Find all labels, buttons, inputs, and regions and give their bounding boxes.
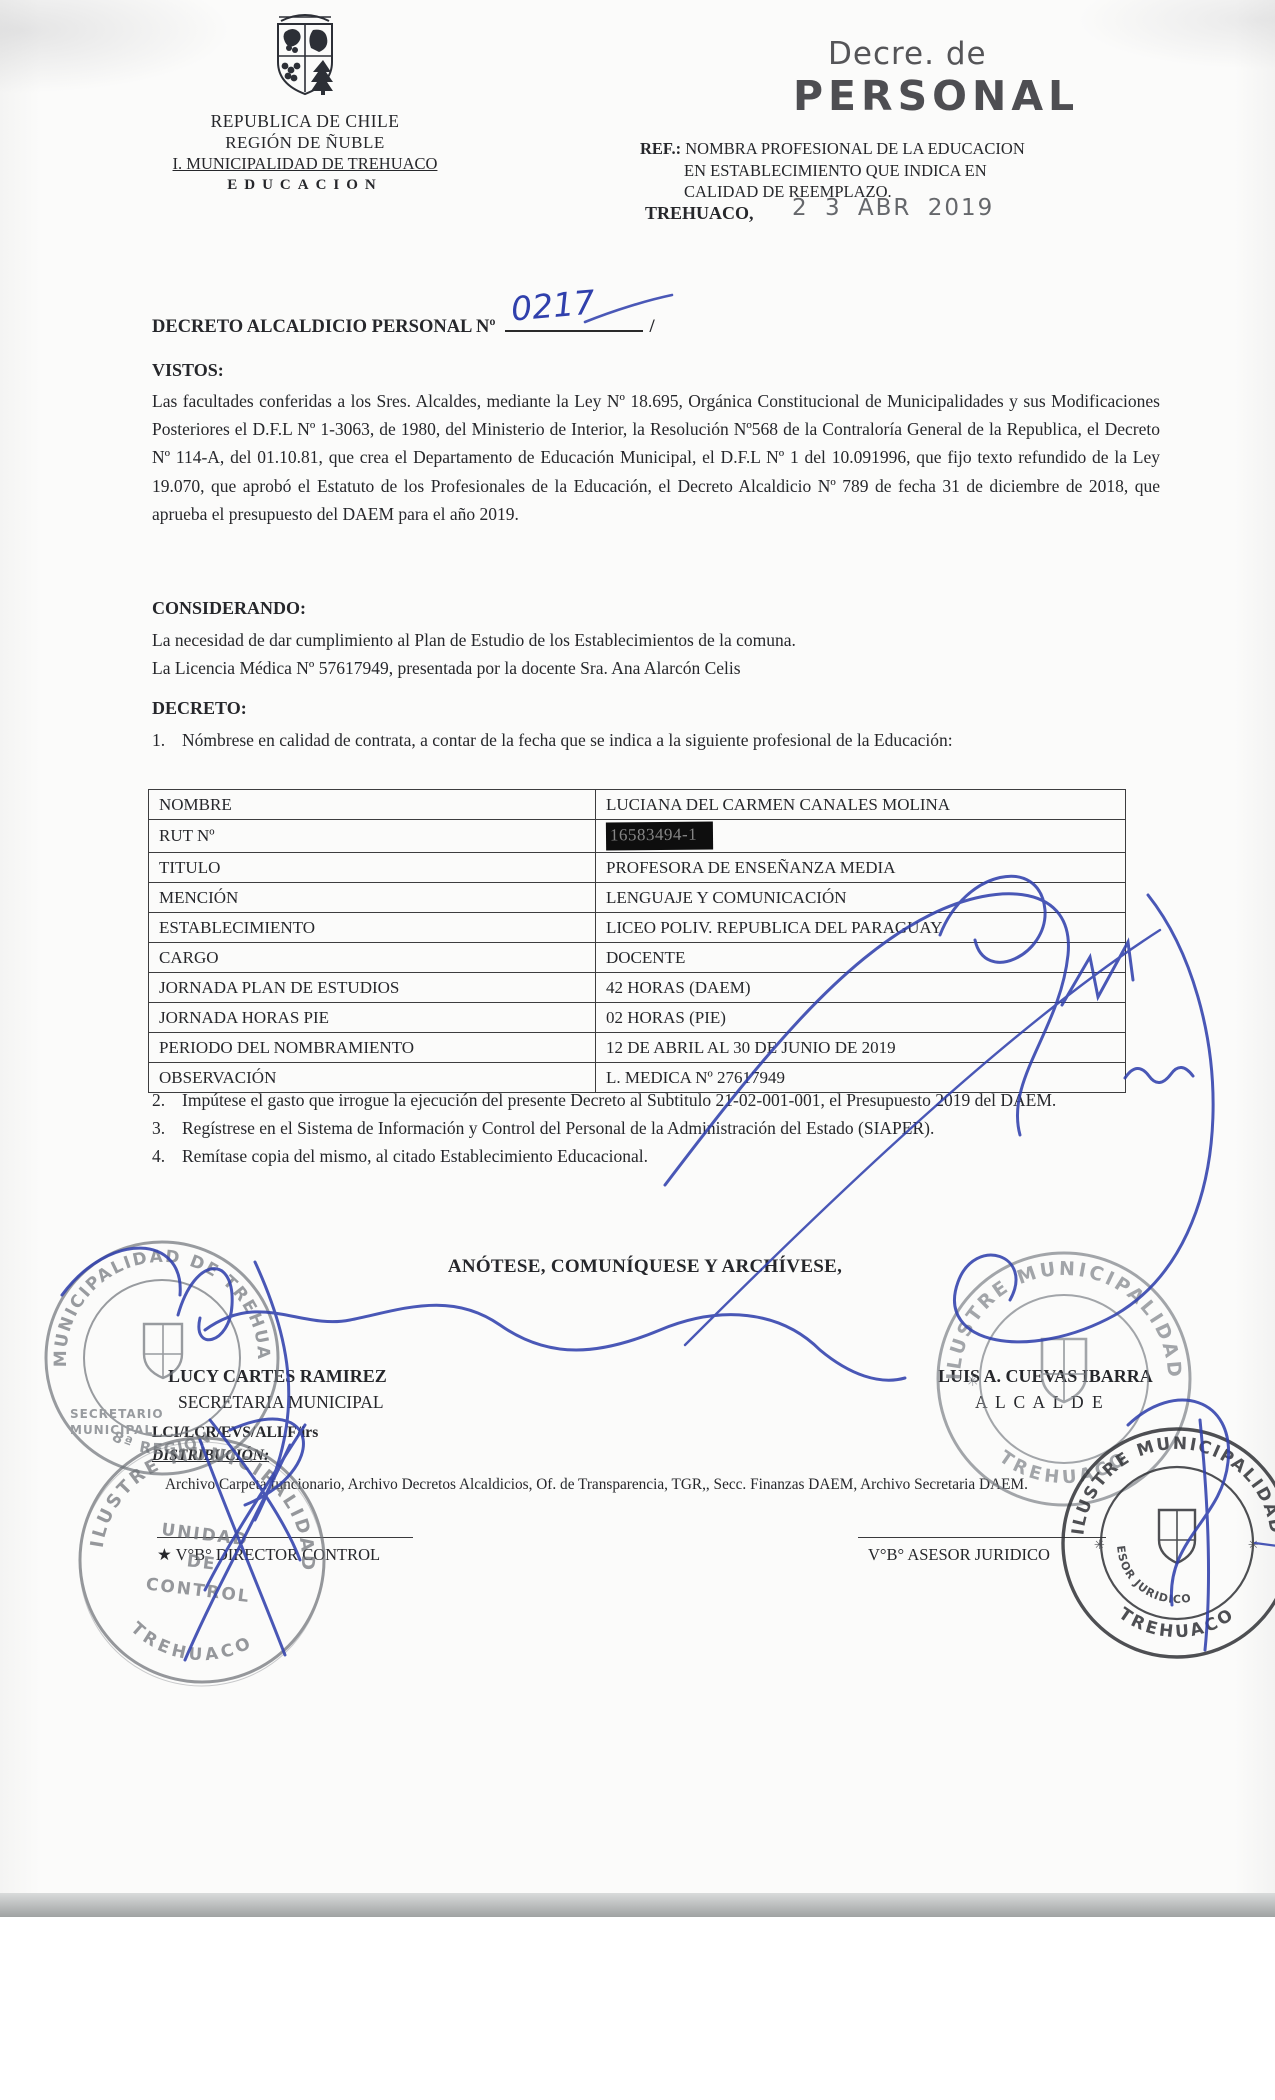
secretary-title: SECRETARIA MUNICIPAL bbox=[178, 1392, 384, 1413]
table-row: JORNADA HORAS PIE02 HORAS (PIE) bbox=[149, 1003, 1126, 1033]
drafting-initials: LCI/LCR/EVS/ALLF/irs bbox=[152, 1424, 318, 1442]
appointment-table: NOMBRELUCIANA DEL CARMEN CANALES MOLINA … bbox=[148, 789, 1126, 1093]
decree-type-stamp-line1: Decre. de bbox=[828, 36, 987, 72]
distribution-label: DISTRIBUCIÓN: bbox=[152, 1447, 269, 1465]
mayor-title: A L C A L D E bbox=[975, 1392, 1105, 1413]
star-icon: ★ bbox=[157, 1545, 172, 1564]
region-line: REGIÓN DE ÑUBLE bbox=[140, 133, 470, 153]
considerando-line2: La Licencia Médica Nº 57617949, presenta… bbox=[152, 654, 1160, 682]
table-row: NOMBRELUCIANA DEL CARMEN CANALES MOLINA bbox=[149, 790, 1126, 820]
considerando-line1: La necesidad de dar cumplimiento al Plan… bbox=[152, 626, 1160, 654]
decree-number-label: DECRETO ALCALDICIO PERSONAL Nº bbox=[152, 317, 495, 337]
date-stamp: 2 3 ABR 2019 bbox=[792, 195, 994, 221]
letterhead: REPUBLICA DE CHILE REGIÓN DE ÑUBLE I. MU… bbox=[140, 8, 470, 194]
decree-number-suffix: / bbox=[649, 317, 654, 337]
reference-line2: EN ESTABLECIMIENTO QUE INDICA EN bbox=[640, 160, 1080, 182]
legal-approval: V°B° ASESOR JURIDICO bbox=[868, 1545, 1050, 1565]
decree-item-3: 3. Regístrese en el Sistema de Informaci… bbox=[152, 1114, 1164, 1142]
table-row-rut: RUT Nº16583494-1 bbox=[149, 820, 1126, 853]
coat-of-arms-icon bbox=[267, 8, 343, 102]
reference-label: REF.: bbox=[640, 139, 681, 158]
redacted-rut-value: 16583494-1 bbox=[606, 821, 713, 850]
table-row: ESTABLECIMIENTOLICEO POLIV. REPUBLICA DE… bbox=[149, 913, 1126, 943]
table-row: TITULOPROFESORA DE ENSEÑANZA MEDIA bbox=[149, 853, 1126, 883]
control-signature-line bbox=[157, 1537, 413, 1538]
decree-items-2-4: 2. Impútese el gasto que irrogue la ejec… bbox=[152, 1086, 1164, 1171]
considerando-title: CONSIDERANDO: bbox=[152, 598, 306, 619]
handwritten-decree-number: 0217 bbox=[510, 282, 597, 328]
city-label: TREHUACO, bbox=[645, 203, 754, 224]
decree-number-blank: 0217 bbox=[505, 308, 643, 332]
scanned-decree-page: REPUBLICA DE CHILE REGIÓN DE ÑUBLE I. MU… bbox=[0, 0, 1275, 2100]
secretary-name: LUCY CARTES RAMIREZ bbox=[168, 1366, 387, 1387]
country-line: REPUBLICA DE CHILE bbox=[140, 111, 470, 132]
control-approval: ★ V°B° DIRECTOR CONTROL bbox=[157, 1545, 380, 1565]
decree-item-4: 4. Remítase copia del mismo, al citado E… bbox=[152, 1142, 1164, 1170]
closing-formula: ANÓTESE, COMUNÍQUESE Y ARCHÍVESE, bbox=[0, 1256, 1275, 1278]
decree-type-stamp-line2: PERSONAL bbox=[793, 72, 1079, 120]
table-row: JORNADA PLAN DE ESTUDIOS42 HORAS (DAEM) bbox=[149, 973, 1126, 1003]
decree-item-1: 1. Nómbrese en calidad de contrata, a co… bbox=[152, 726, 1162, 754]
municipality-line: I. MUNICIPALIDAD DE TREHUACO bbox=[140, 154, 470, 174]
mayor-name: LUIS A. CUEVAS IBARRA bbox=[938, 1366, 1153, 1387]
table-row: PERIODO DEL NOMBRAMIENTO12 DE ABRIL AL 3… bbox=[149, 1033, 1126, 1063]
paper-edge-shadow bbox=[0, 1893, 1275, 1917]
decree-number-line: DECRETO ALCALDICIO PERSONAL Nº0217/ bbox=[152, 308, 655, 338]
table-row: CARGODOCENTE bbox=[149, 943, 1126, 973]
table-row: MENCIÓNLENGUAJE Y COMUNICACIÓN bbox=[149, 883, 1126, 913]
vistos-body: Las facultades conferidas a los Sres. Al… bbox=[152, 387, 1160, 528]
department-line: EDUCACION bbox=[140, 177, 470, 194]
decreto-title: DECRETO: bbox=[152, 698, 247, 719]
vistos-title: VISTOS: bbox=[152, 360, 224, 381]
reference-block: REF.: NOMBRA PROFESIONAL DE LA EDUCACION… bbox=[640, 138, 1080, 203]
reference-line1: REF.: NOMBRA PROFESIONAL DE LA EDUCACION bbox=[640, 138, 1080, 160]
distribution-list: Archivo Carpeta funcionario, Archivo Dec… bbox=[165, 1476, 1235, 1494]
decree-item-2: 2. Impútese el gasto que irrogue la ejec… bbox=[152, 1086, 1164, 1114]
legal-signature-line bbox=[858, 1537, 1106, 1538]
